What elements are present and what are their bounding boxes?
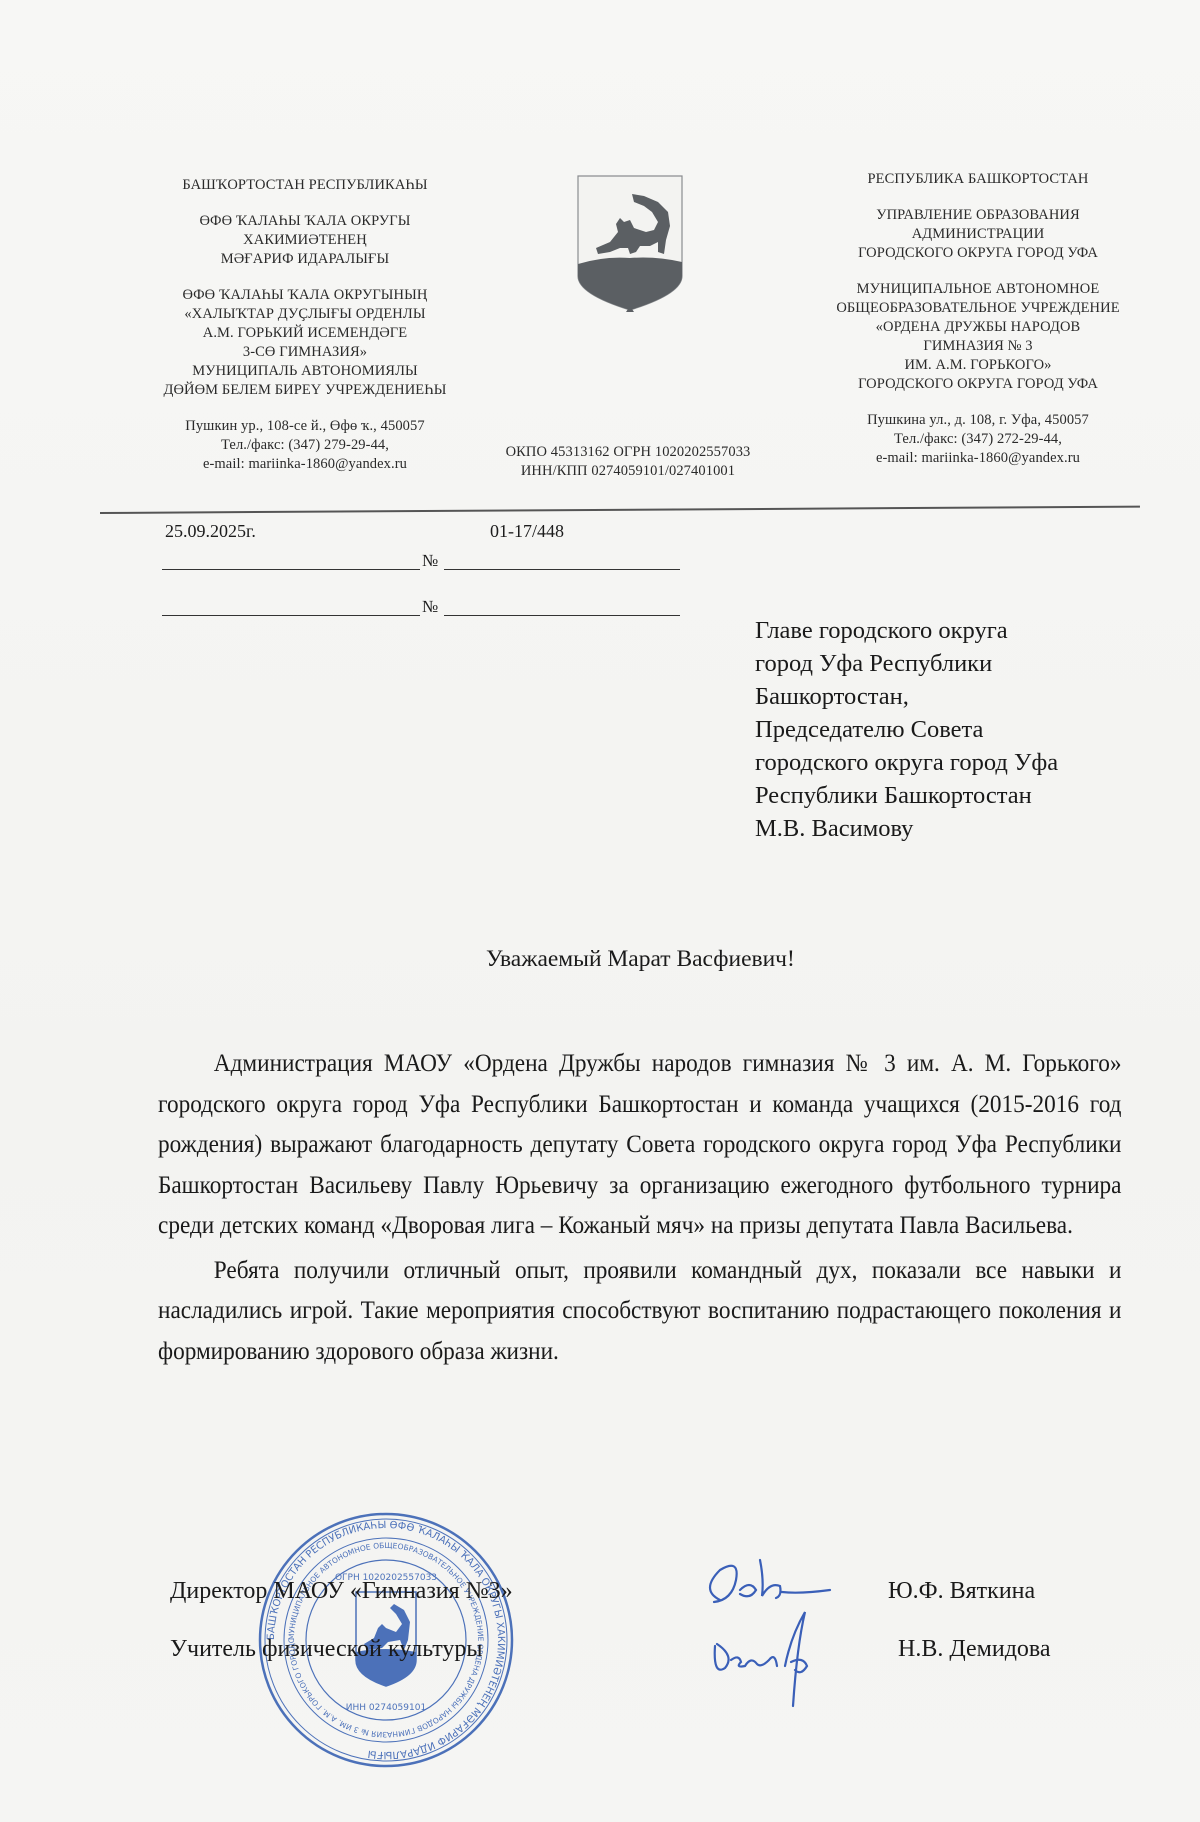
okpo-ogrn-line: ОКПО 45313162 ОГРН 1020202557033 bbox=[478, 443, 778, 462]
registration-number: 01-17/448 bbox=[490, 521, 564, 542]
date-line-1 bbox=[162, 569, 420, 570]
header-left-block-2: ӨФӨ ҠАЛАҺЫ ҠАЛА ОКРУГЫНЫҢ «ХАЛЫҠТАР ДУҪЛ… bbox=[140, 286, 470, 400]
header-left-contacts: Пушкин ур., 108-се й., Өфө ҡ., 450057 Те… bbox=[140, 417, 470, 474]
header-line: «ОРДЕНА ДРУЖБЫ НАРОДОВ bbox=[808, 318, 1148, 337]
header-right-russian: РЕСПУБЛИКА БАШКОРТОСТАН УПРАВЛЕНИЕ ОБРАЗ… bbox=[808, 170, 1148, 485]
header-right-block-2: МУНИЦИПАЛЬНОЕ АВТОНОМНОЕ ОБЩЕОБРАЗОВАТЕЛ… bbox=[808, 280, 1148, 394]
header-line: 3-СӨ ГИМНАЗИЯ» bbox=[140, 343, 470, 362]
signature-2-icon bbox=[705, 1606, 845, 1716]
header-line: МУНИЦИПАЛЬ АВТОНОМИЯЛЫ bbox=[140, 362, 470, 381]
header-line: ХАКИМИӘТЕНЕҢ bbox=[140, 231, 470, 250]
header-line: ИМ. А.М. ГОРЬКОГО» bbox=[808, 356, 1148, 375]
number-line-1 bbox=[444, 569, 680, 570]
header-line: УПРАВЛЕНИЕ ОБРАЗОВАНИЯ bbox=[808, 206, 1148, 225]
salutation: Уважаемый Марат Васфиевич! bbox=[486, 946, 795, 973]
header-divider bbox=[100, 506, 1140, 514]
addressee-line: Башкортостан, bbox=[755, 680, 1155, 713]
signer-2-name: Н.В. Демидова bbox=[898, 1636, 1051, 1663]
header-line: ДӨЙӨМ БЕЛЕМ БИРЕҮ УЧРЕЖДЕНИЕҺЫ bbox=[140, 381, 470, 400]
number-line-2 bbox=[444, 615, 680, 616]
header-line: «ХАЛЫҠТАР ДУҪЛЫҒЫ ОРДЕНЛЫ bbox=[140, 305, 470, 324]
number-sign-1: № bbox=[422, 551, 438, 571]
addressee-line: Главе городского округа bbox=[755, 614, 1155, 647]
signer-1-position: Директор МАОУ «Гимназия №3» bbox=[170, 1578, 513, 1605]
header-left-block-1: ӨФӨ ҠАЛАҺЫ ҠАЛА ОКРУГЫ ХАКИМИӘТЕНЕҢ МӘҒА… bbox=[140, 212, 470, 269]
header-right-block-1: УПРАВЛЕНИЕ ОБРАЗОВАНИЯ АДМИНИСТРАЦИИ ГОР… bbox=[808, 206, 1148, 263]
addressee-line: Председателю Совета bbox=[755, 713, 1155, 746]
header-line: ГОРОДСКОГО ОКРУГА ГОРОД УФА bbox=[808, 244, 1148, 263]
header-line: ГИМНАЗИЯ № 3 bbox=[808, 337, 1148, 356]
header-line: ӨФӨ ҠАЛАҺЫ ҠАЛА ОКРУГЫНЫҢ bbox=[140, 286, 470, 305]
header-line: МУНИЦИПАЛЬНОЕ АВТОНОМНОЕ bbox=[808, 280, 1148, 299]
header-email: e-mail: mariinka-1860@yandex.ru bbox=[808, 449, 1148, 468]
number-sign-2: № bbox=[422, 597, 438, 617]
date-line-2 bbox=[162, 615, 420, 616]
header-phone: Тел./факс: (347) 279-29-44, bbox=[140, 436, 470, 455]
registration-date: 25.09.2025г. bbox=[165, 521, 256, 542]
header-left-block-0: БАШҠОРТОСТАН РЕСПУБЛИКАҺЫ bbox=[140, 176, 470, 195]
header-line: ГОРОДСКОГО ОКРУГА ГОРОД УФА bbox=[808, 375, 1148, 394]
header-address: Пушкина ул., д. 108, г. Уфа, 450057 bbox=[808, 411, 1148, 430]
header-line: А.М. ГОРЬКИЙ ИСЕМЕНДӘГЕ bbox=[140, 324, 470, 343]
header-address: Пушкин ур., 108-се й., Өфө ҡ., 450057 bbox=[140, 417, 470, 436]
header-line: ОБЩЕОБРАЗОВАТЕЛЬНОЕ УЧРЕЖДЕНИЕ bbox=[808, 299, 1148, 318]
addressee-line: город Уфа Республики bbox=[755, 647, 1155, 680]
header-line: МӘҒАРИФ ИДАРАЛЫҒЫ bbox=[140, 250, 470, 269]
addressee-block: Главе городского округа город Уфа Респуб… bbox=[755, 614, 1155, 845]
header-line: РЕСПУБЛИКА БАШКОРТОСТАН bbox=[808, 170, 1148, 189]
addressee-line: М.В. Васимову bbox=[755, 812, 1155, 845]
letter-body: Администрация МАОУ «Ордена Дружбы народо… bbox=[158, 1044, 1121, 1372]
body-paragraph-2: Ребята получили отличный опыт, проявили … bbox=[158, 1251, 1121, 1373]
addressee-line: городского округа город Уфа bbox=[755, 746, 1155, 779]
stamp-inn: ИНН 0274059101 bbox=[346, 1703, 426, 1713]
header-right-contacts: Пушкина ул., д. 108, г. Уфа, 450057 Тел.… bbox=[808, 411, 1148, 468]
header-phone: Тел./факс: (347) 272-29-44, bbox=[808, 430, 1148, 449]
header-right-block-0: РЕСПУБЛИКА БАШКОРТОСТАН bbox=[808, 170, 1148, 189]
inn-kpp-line: ИНН/КПП 0274059101/027401001 bbox=[478, 462, 778, 481]
header-center-codes: ОКПО 45313162 ОГРН 1020202557033 ИНН/КПП… bbox=[478, 443, 778, 481]
header-line: БАШҠОРТОСТАН РЕСПУБЛИКАҺЫ bbox=[140, 176, 470, 195]
signer-1-name: Ю.Ф. Вяткина bbox=[888, 1578, 1035, 1605]
header-line: ӨФӨ ҠАЛАҺЫ ҠАЛА ОКРУГЫ bbox=[140, 212, 470, 231]
letter-page: БАШҠОРТОСТАН РЕСПУБЛИКАҺЫ ӨФӨ ҠАЛАҺЫ ҠАЛ… bbox=[0, 0, 1200, 1822]
addressee-line: Республики Башкортостан bbox=[755, 779, 1155, 812]
header-left-bashkir: БАШҠОРТОСТАН РЕСПУБЛИКАҺЫ ӨФӨ ҠАЛАҺЫ ҠАЛ… bbox=[140, 176, 470, 491]
ufa-coat-of-arms-icon bbox=[574, 172, 686, 312]
signer-2-position: Учитель физической культуры bbox=[170, 1636, 483, 1663]
header-email: e-mail: mariinka-1860@yandex.ru bbox=[140, 455, 470, 474]
body-paragraph-1: Администрация МАОУ «Ордена Дружбы народо… bbox=[158, 1044, 1121, 1247]
header-line: АДМИНИСТРАЦИИ bbox=[808, 225, 1148, 244]
